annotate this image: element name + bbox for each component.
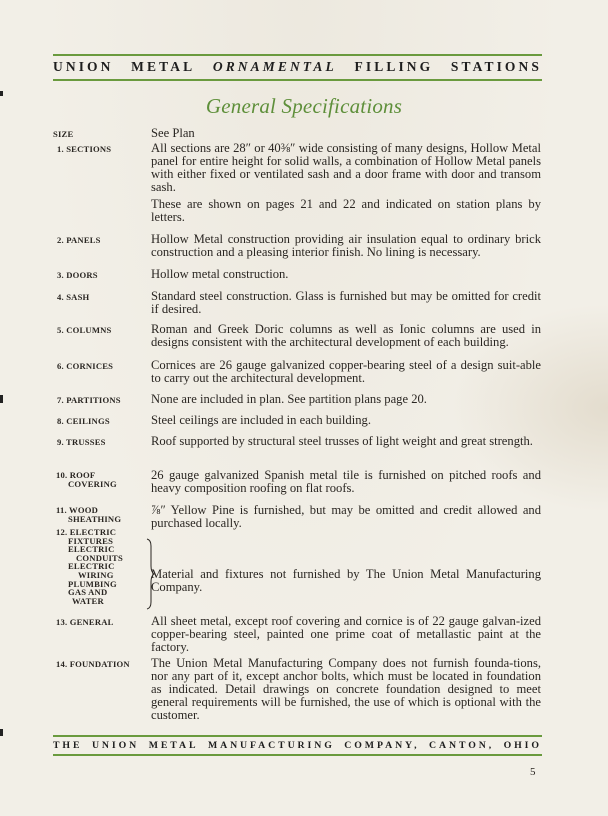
page-number: 5	[530, 766, 536, 778]
page-title: General Specifications	[0, 94, 608, 119]
header-word: STATIONS	[451, 59, 542, 75]
footer-word: METAL	[149, 740, 199, 751]
footer-word: COMPANY,	[344, 740, 419, 751]
spec-label-sub: WATER	[56, 597, 156, 606]
spec-label: 8. CEILINGS	[57, 417, 157, 426]
spec-description: Material and fixtures not furnished by T…	[151, 568, 541, 598]
spec-paragraph: Hollow metal construction.	[151, 268, 541, 281]
spec-description: Roof supported by structural steel truss…	[151, 435, 541, 452]
spec-paragraph: None are included in plan. See partition…	[151, 393, 541, 406]
spec-paragraph: 26 gauge galvanized Spanish metal tile i…	[151, 469, 541, 495]
spec-label: 14. FOUNDATION	[56, 660, 166, 669]
header-word: UNION	[53, 59, 114, 75]
spec-paragraph: All sheet metal, except roof covering an…	[151, 615, 541, 654]
spec-label: 6. CORNICES	[57, 362, 157, 371]
spec-description: Steel ceilings are included in each buil…	[151, 414, 541, 431]
spec-description: The Union Metal Manufacturing Company do…	[151, 657, 541, 726]
spec-description: 26 gauge galvanized Spanish metal tile i…	[151, 469, 541, 499]
running-footer: THE UNION METAL MANUFACTURING COMPANY, C…	[53, 740, 542, 751]
spec-paragraph: These are shown on pages 21 and 22 and i…	[151, 198, 541, 224]
footer-word: OHIO	[504, 740, 542, 751]
spec-description: All sheet metal, except roof covering an…	[151, 615, 541, 658]
spec-description: Standard steel construction. Glass is fu…	[151, 290, 541, 320]
spec-paragraph: The Union Metal Manufacturing Company do…	[151, 657, 541, 722]
spec-paragraph: All sections are 28″ or 40⅜″ wide consis…	[151, 142, 541, 194]
spec-description: Hollow Metal construction providing air …	[151, 233, 541, 263]
spec-paragraph: ⅞″ Yellow Pine is furnished, but may be …	[151, 504, 541, 530]
header-word-italic: ORNAMENTAL	[213, 59, 337, 75]
spec-label: 9. TRUSSES	[57, 438, 157, 447]
binding-mark	[0, 395, 3, 403]
running-header: UNION METAL ORNAMENTAL FILLING STATIONS	[53, 59, 542, 75]
spec-label-main: GAS AND	[56, 588, 156, 597]
spec-paragraph: Cornices are 26 gauge galvanized copper-…	[151, 359, 541, 385]
spec-label: 10. ROOF COVERING	[56, 471, 156, 489]
binding-mark	[0, 729, 3, 736]
footer-top-rule	[53, 735, 542, 737]
spec-paragraph: Steel ceilings are included in each buil…	[151, 414, 541, 427]
spec-description: Roman and Greek Doric columns as well as…	[151, 323, 541, 353]
spec-paragraph: Roof supported by structural steel truss…	[151, 435, 541, 448]
binding-mark	[0, 91, 3, 96]
header-bottom-rule	[53, 79, 542, 81]
spec-description: ⅞″ Yellow Pine is furnished, but may be …	[151, 504, 541, 534]
spec-description: All sections are 28″ or 40⅜″ wide consis…	[151, 142, 541, 228]
spec-description: Cornices are 26 gauge galvanized copper-…	[151, 359, 541, 389]
spec-paragraph: Material and fixtures not furnished by T…	[151, 568, 541, 594]
spec-paragraph: Standard steel construction. Glass is fu…	[151, 290, 541, 316]
spec-label: 2. PANELS	[57, 236, 157, 245]
spec-label: 11. WOOD SHEATHING	[56, 506, 156, 524]
spec-label: 12. ELECTRIC FIXTURES ELECTRIC CONDUITS …	[56, 528, 156, 605]
spec-description: None are included in plan. See partition…	[151, 393, 541, 410]
spec-label: 5. COLUMNS	[57, 326, 157, 335]
spec-label: 3. DOORS	[57, 271, 157, 280]
spec-label: 4. SASH	[57, 293, 157, 302]
spec-paragraph: Hollow Metal construction providing air …	[151, 233, 541, 259]
header-word: FILLING	[355, 59, 434, 75]
spec-paragraph: Roman and Greek Doric columns as well as…	[151, 323, 541, 349]
footer-word: UNION	[92, 740, 139, 751]
spec-label: 7. PARTITIONS	[57, 396, 157, 405]
document-page: UNION METAL ORNAMENTAL FILLING STATIONS …	[0, 0, 608, 816]
footer-word: MANUFACTURING	[208, 740, 335, 751]
header-word: METAL	[131, 59, 195, 75]
spec-label-sub: COVERING	[56, 480, 156, 489]
spec-label: SIZE	[53, 130, 153, 139]
footer-word: CANTON,	[429, 740, 494, 751]
spec-label-sub: SHEATHING	[56, 515, 156, 524]
spec-label: 13. GENERAL	[56, 618, 156, 627]
spec-label: 1. SECTIONS	[57, 145, 157, 154]
footer-word: THE	[53, 740, 82, 751]
header-top-rule	[53, 54, 542, 56]
spec-description: Hollow metal construction.	[151, 268, 541, 285]
footer-bottom-rule	[53, 754, 542, 756]
spec-paragraph: See Plan	[151, 127, 541, 140]
